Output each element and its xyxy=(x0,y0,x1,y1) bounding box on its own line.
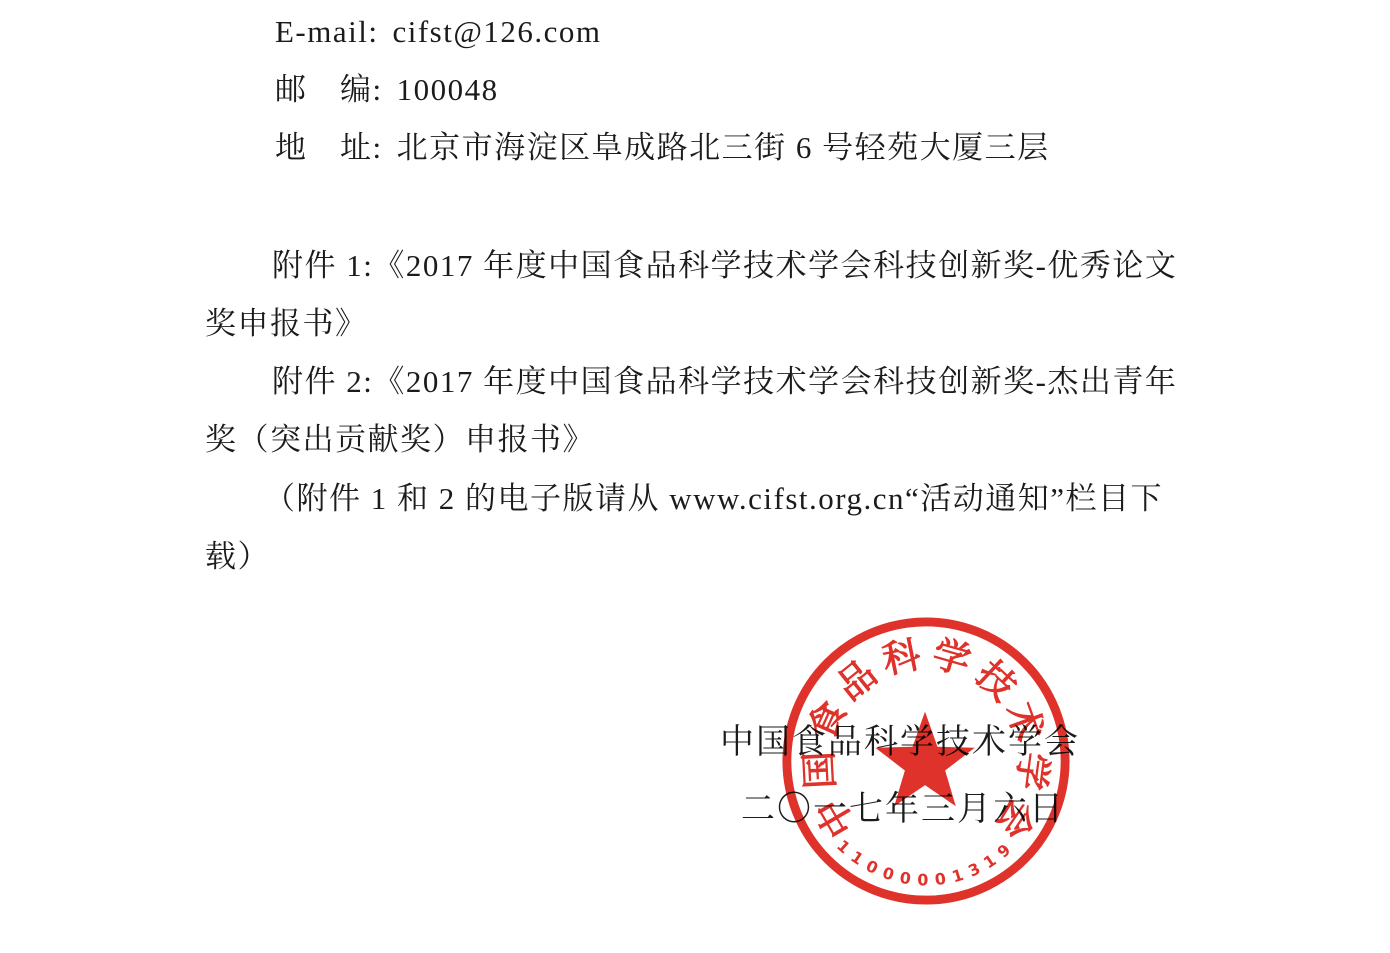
download-note-line-1: （附件 1 和 2 的电子版请从 www.cifst.org.cn“活动通知”栏… xyxy=(264,481,1163,517)
document-page: E-mail:cifst@126.com 邮 编:100048 地 址:北京市海… xyxy=(0,0,1390,953)
address-value: 北京市海淀区阜成路北三街 6 号轻苑大厦三层 xyxy=(397,130,1050,165)
postcode-value: 100048 xyxy=(397,72,499,107)
address-label: 地 址: xyxy=(275,130,383,165)
email-line: E-mail:cifst@126.com xyxy=(275,14,602,50)
address-line: 地 址:北京市海淀区阜成路北三街 6 号轻苑大厦三层 xyxy=(275,130,1050,166)
star-icon xyxy=(875,712,974,807)
email-label: E-mail: xyxy=(275,14,378,49)
official-seal: 中国食品科学技术学会 1100000131937 xyxy=(778,613,1074,909)
email-value: cifst@126.com xyxy=(392,14,601,49)
download-note-line-2: 载） xyxy=(205,539,270,575)
attachment-2-line-1: 附件 2:《2017 年度中国食品科学技术学会科技创新奖-杰出青年 xyxy=(272,364,1177,400)
postcode-label: 邮 编: xyxy=(275,72,383,107)
attachment-2-line-2: 奖（突出贡献奖）申报书》 xyxy=(205,422,595,458)
postcode-line: 邮 编:100048 xyxy=(275,72,499,108)
attachment-1-line-2: 奖申报书》 xyxy=(205,306,368,342)
attachment-1-line-1: 附件 1:《2017 年度中国食品科学技术学会科技创新奖-优秀论文 xyxy=(272,248,1177,284)
